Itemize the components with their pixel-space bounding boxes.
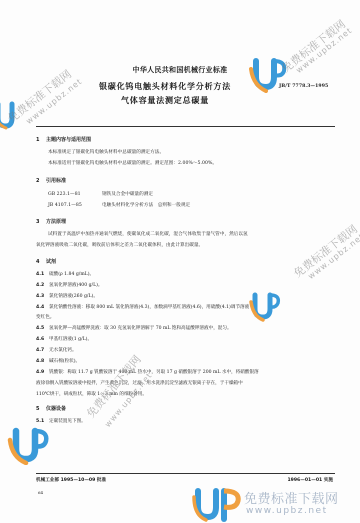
section-number: 2	[36, 178, 46, 184]
section-1-paragraph-2: 本标准适用于银碳化钨电触头材料中总碳量的测定。测定范围：2.00%～5.00%。	[48, 160, 217, 166]
reagent-item: 4.1硫酸(ρ 1.84 g/mL)。	[36, 271, 94, 277]
document-page: 中华人民共和国机械行业标准 JB/T 7778.3—1995 银碳化钨电触头材料…	[0, 0, 360, 523]
reagent-item: 4.5氢氧化钾—高锰酸钾洗液：取 30 克氢氧化钾溶解于 70 mL 饱和高锰酸…	[36, 325, 232, 331]
watermark-banner-site-url: www.upbz.net	[246, 506, 328, 516]
watermark-banner-site-name: 免费标准下载网	[244, 488, 339, 507]
section-5-heading: 5仪器设备	[36, 405, 66, 412]
reagent-item: 4.7无水氯化钙。	[36, 347, 77, 353]
section-title: 仪器设备	[46, 406, 66, 412]
reagent-item: 4.6甲基红溶液(1 g/L)。	[36, 336, 92, 342]
reference-code: GB 223.1—81	[48, 192, 102, 197]
section-4-heading: 4试剂	[36, 258, 56, 265]
section-3-line-1: 试料置于高温炉中加热并通氧气燃烧，使碳氧化成二氧化碳，混合气体收集于量气管中，然…	[48, 231, 248, 237]
reference-title: 电触头材料化学分析方法 总则和一般规定	[102, 203, 190, 208]
item-text: 氯化钠溶液(260 g/L)。	[49, 294, 98, 299]
equipment-item: 5.1定碳装置见下图。	[36, 418, 86, 424]
section-3-line-2: 氧化钾溶液吸收二氧化碳，吸收前后体积之差为二氧化碳体积，由此计算出碳量。	[36, 242, 203, 248]
item-text: 氢氧化钾—高锰酸钾洗液：取 30 克氢氧化钾溶解于 70 mL 饱和高锰酸钾溶液…	[49, 326, 232, 331]
item-number: 4.4	[36, 305, 49, 310]
approval-date: 机械工业部 1995—10—09 批准	[36, 477, 106, 483]
up-logo-icon	[192, 487, 242, 523]
page-number: 64	[38, 490, 43, 495]
item-number: 5.1	[36, 419, 49, 424]
section-number: 1	[36, 137, 46, 143]
item-number: 4.8	[36, 359, 49, 364]
reference-code: JB 4107.1—85	[48, 203, 102, 208]
item-text: 硫酸(ρ 1.84 g/mL)。	[49, 272, 94, 277]
reagent-item: 4.8碱石棉(粒状)。	[36, 358, 80, 364]
section-number: 3	[36, 219, 46, 225]
item-text: 定碳装置见下图。	[49, 419, 86, 424]
section-title: 试剂	[46, 259, 56, 265]
item-number: 4.9	[36, 370, 49, 375]
item-text: 无水氯化钙。	[49, 348, 77, 353]
reference-row: JB 4107.1—85电触头材料化学分析方法 总则和一般规定	[48, 202, 190, 208]
item-number: 4.5	[36, 326, 49, 331]
up-logo-icon	[6, 425, 50, 465]
reagent-item-continuation: 变红色。	[36, 314, 54, 320]
item-number: 4.1	[36, 272, 49, 277]
item-text: 碱石棉(粒状)。	[49, 359, 80, 364]
item-text: 氯化钠酸性溶液：移取 800 mL 氯化钠溶液(4.3)，加数滴甲基红溶液(4.…	[49, 305, 249, 310]
reference-row: GB 223.1—81钢铁及合金中碳量的测定	[48, 191, 153, 197]
reagent-item: 4.3氯化钠溶液(260 g/L)。	[36, 293, 98, 299]
section-number: 4	[36, 259, 46, 265]
reagent-item: 4.4氯化钠酸性溶液：移取 800 mL 氯化钠溶液(4.3)，加数滴甲基红溶液…	[36, 304, 249, 310]
item-text: 甲基红溶液(1 g/L)。	[49, 337, 92, 342]
item-number: 4.3	[36, 294, 49, 299]
item-number: 4.2	[36, 283, 49, 288]
section-3-heading: 3方法原理	[36, 218, 66, 225]
item-number: 4.6	[36, 337, 49, 342]
section-title: 主题内容与适用范围	[46, 137, 91, 143]
section-1-heading: 1主题内容与适用范围	[36, 136, 91, 143]
item-text: 钒酸银：称取 11.7 g 钒酸铵溶于 400 mL 热水中，另取 17 g 硝…	[49, 370, 259, 375]
item-text: 氢氧化钾溶液(400 g/L)。	[49, 283, 103, 288]
watermark-banner: 免费标准下载网 www.upbz.net	[190, 487, 360, 523]
up-logo-icon	[248, 290, 282, 322]
reagent-item: 4.2氢氧化钾溶液(400 g/L)。	[36, 282, 103, 288]
item-number: 4.7	[36, 348, 49, 353]
reference-title: 钢铁及合金中碳量的测定	[102, 192, 153, 197]
header-divider	[36, 126, 335, 127]
implementation-date: 1996—01—01 实施	[287, 477, 333, 483]
section-2-heading: 2引用标准	[36, 177, 66, 184]
section-number: 5	[36, 406, 46, 412]
section-title: 方法原理	[46, 219, 66, 225]
footer-divider	[36, 473, 335, 474]
section-title: 引用标准	[46, 178, 66, 184]
section-1-paragraph-1: 本标准规定了银碳化钨电触头材料中总碳量的测定方法。	[48, 149, 164, 155]
